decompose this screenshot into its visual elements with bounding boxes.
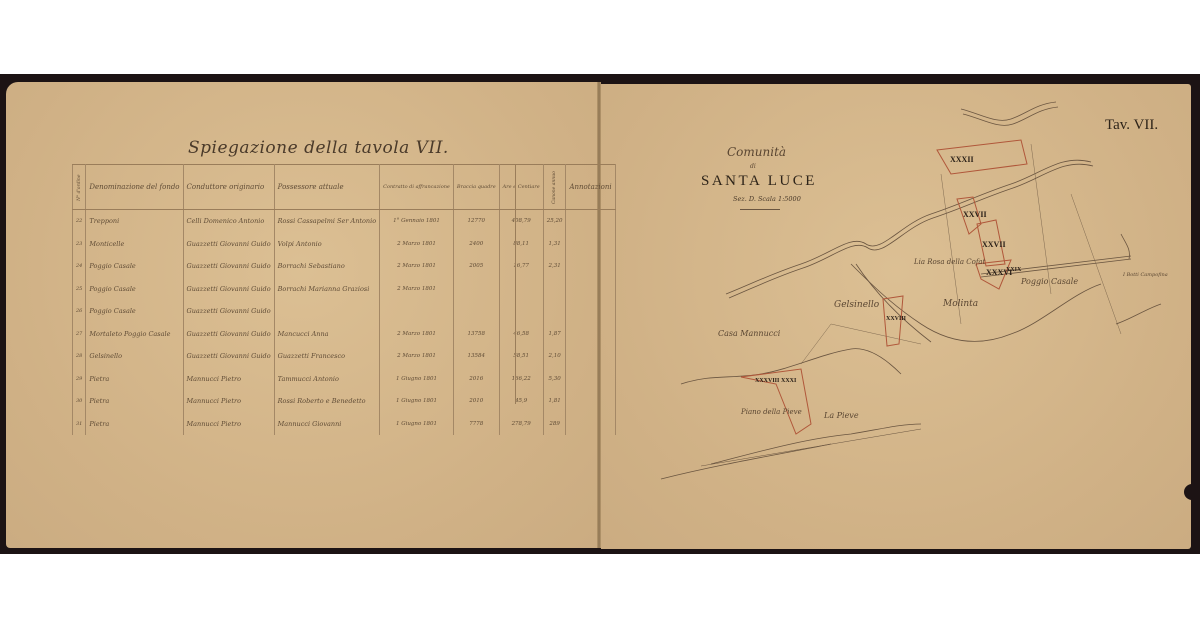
cell-quadre: 7778: [453, 413, 499, 436]
table-row: 22TrepponiCelli Domenico AntonioRossi Ca…: [73, 210, 616, 233]
cell-contratto: 2 Marzo 1801: [380, 323, 454, 346]
header-possessore: Possessore attuale: [274, 165, 379, 210]
cell-quadre: 13758: [453, 323, 499, 346]
place-molinta: Molinta: [942, 299, 978, 309]
header-superficie-quadre: Braccia quadre: [453, 165, 499, 210]
cell-fondo: Gelsinello: [86, 345, 183, 368]
cell-ettari: 166,22: [499, 368, 543, 391]
parcel-xxvii-a: XXVII: [963, 210, 987, 219]
cell-canone: 1,31: [543, 233, 566, 256]
cell-ettari: [499, 278, 543, 301]
cell-contratto: 1 Giugno 1801: [380, 368, 454, 391]
cell-conduttore: Guazzetti Giovanni Guido: [183, 255, 274, 278]
table-row: 30PietraMannucci PietroRossi Roberto e B…: [73, 390, 616, 413]
cell-canone: 2,10: [543, 345, 566, 368]
cell-ettari: 88,11: [499, 233, 543, 256]
table-row: 28GelsinelloGuazzetti Giovanni GuidoGuaz…: [73, 345, 616, 368]
cell-contratto: 1 Giugno 1801: [380, 413, 454, 436]
header-numero: N° d'ordine: [73, 165, 86, 210]
cell-conduttore: Mannucci Pietro: [183, 368, 274, 391]
cell-contratto: 2 Marzo 1801: [380, 233, 454, 256]
cell-canone: 289: [543, 413, 566, 436]
cell-quadre: [453, 300, 499, 323]
cell-n: 30: [73, 390, 86, 413]
cell-canone: 25,20: [543, 210, 566, 233]
cell-fondo: Poggio Casale: [86, 300, 183, 323]
cell-conduttore: Mannucci Pietro: [183, 413, 274, 436]
header-superficie-ettari: Are e Centiare: [499, 165, 543, 210]
cell-fondo: Pietra: [86, 368, 183, 391]
cell-quadre: [453, 278, 499, 301]
cell-quadre: 2010: [453, 390, 499, 413]
cell-conduttore: Guazzetti Giovanni Guido: [183, 233, 274, 256]
cell-canone: 5,30: [543, 368, 566, 391]
cell-n: 25: [73, 278, 86, 301]
header-canone: Canone annuo: [543, 165, 566, 210]
cell-n: 29: [73, 368, 86, 391]
cell-possessore: Rossi Cassapelmi Ser Antonio: [274, 210, 379, 233]
cell-possessore: Mannucci Giovanni: [274, 413, 379, 436]
cell-contratto: 2 Marzo 1801: [380, 278, 454, 301]
table-row: 29PietraMannucci PietroTammucci Antonio1…: [73, 368, 616, 391]
parcel-xxviii: XXVIII: [886, 316, 907, 322]
parcel-xxxviii: XXXVIII: [755, 378, 780, 384]
cell-contratto: [380, 300, 454, 323]
cell-possessore: Guazzetti Francesco: [274, 345, 379, 368]
cell-contratto: 2 Marzo 1801: [380, 345, 454, 368]
cell-conduttore: Guazzetti Giovanni Guido: [183, 323, 274, 346]
cell-conduttore: Guazzetti Giovanni Guido: [183, 345, 274, 368]
table-right-border: [515, 164, 516, 404]
header-denominazione: Denominazione del fondo: [86, 165, 183, 210]
cell-fondo: Pietra: [86, 390, 183, 413]
cell-conduttore: Mannucci Pietro: [183, 390, 274, 413]
cell-fondo: Pietra: [86, 413, 183, 436]
parcel-xxxi: XXXI: [781, 378, 797, 384]
place-la-pieve: La Pieve: [823, 411, 859, 420]
cell-possessore: Volpi Antonio: [274, 233, 379, 256]
cell-possessore: Tammucci Antonio: [274, 368, 379, 391]
cell-quadre: 2005: [453, 255, 499, 278]
table-row: 25Poggio CasaleGuazzetti Giovanni GuidoB…: [73, 278, 616, 301]
cell-ettari: 278,79: [499, 413, 543, 436]
cell-canone: [543, 278, 566, 301]
table-row: 26Poggio CasaleGuazzetti Giovanni Guido: [73, 300, 616, 323]
cell-conduttore: Celli Domenico Antonio: [183, 210, 274, 233]
register-table: N° d'ordine Denominazione del fondo Cond…: [72, 164, 616, 435]
cell-canone: 2,31: [543, 255, 566, 278]
cell-ettari: 16,77: [499, 255, 543, 278]
cell-n: 24: [73, 255, 86, 278]
parcel-xxxii: XXXII: [950, 155, 974, 164]
header-conduttore: Conduttore originario: [183, 165, 274, 210]
parcel-xxix: XXIX: [1006, 267, 1022, 273]
table-row: 27Mortaleto Poggio CasaleGuazzetti Giova…: [73, 323, 616, 346]
place-via-rosa: Lia Rosa della Cofat: [913, 258, 986, 266]
cell-canone: 1,87: [543, 323, 566, 346]
cell-contratto: 1 Giugno 1801: [380, 390, 454, 413]
cell-fondo: Monticelle: [86, 233, 183, 256]
cell-fondo: Trepponi: [86, 210, 183, 233]
cell-quadre: 2400: [453, 233, 499, 256]
cell-conduttore: Guazzetti Giovanni Guido: [183, 278, 274, 301]
cell-ettari: 45,9: [499, 390, 543, 413]
table-row: 31PietraMannucci PietroMannucci Giovanni…: [73, 413, 616, 436]
cell-ettari: [499, 300, 543, 323]
place-gelsinello: Gelsinello: [834, 300, 880, 310]
place-i-botti: I Botti Campofina: [1122, 272, 1168, 278]
cell-quadre: 12770: [453, 210, 499, 233]
place-casa-mannucci: Casa Mannucci: [718, 329, 781, 338]
cell-possessore: Rossi Roberto e Benedetto: [274, 390, 379, 413]
table-header-row: N° d'ordine Denominazione del fondo Cond…: [73, 165, 616, 210]
cell-contratto: 1° Gennaio 1801: [380, 210, 454, 233]
header-contratto: Contratto di affrancazione: [380, 165, 454, 210]
cell-ettari: 408,79: [499, 210, 543, 233]
cell-fondo: Mortaleto Poggio Casale: [86, 323, 183, 346]
cell-n: 28: [73, 345, 86, 368]
cell-contratto: 2 Marzo 1801: [380, 255, 454, 278]
cell-quadre: 13584: [453, 345, 499, 368]
parcel-xxvii-b: XXVII: [982, 240, 1006, 249]
table-title: Spiegazione della tavola VII.: [188, 138, 449, 158]
place-poggio-casale: Poggio Casale: [1020, 277, 1078, 286]
cell-canone: [543, 300, 566, 323]
cell-fondo: Poggio Casale: [86, 255, 183, 278]
cell-n: 23: [73, 233, 86, 256]
cell-fondo: Poggio Casale: [86, 278, 183, 301]
table-row: 23MonticelleGuazzetti Giovanni GuidoVolp…: [73, 233, 616, 256]
cell-n: 26: [73, 300, 86, 323]
cell-n: 31: [73, 413, 86, 436]
place-piano-pieve: Piano della Pieve: [740, 408, 802, 416]
cell-possessore: [274, 300, 379, 323]
cell-ettari: 58,51: [499, 345, 543, 368]
cell-n: 27: [73, 323, 86, 346]
cell-possessore: Mancucci Anna: [274, 323, 379, 346]
cell-possessore: Borrachi Marianna Graziosi: [274, 278, 379, 301]
table-row: 24Poggio CasaleGuazzetti Giovanni GuidoB…: [73, 255, 616, 278]
cell-ettari: 46,58: [499, 323, 543, 346]
cell-n: 22: [73, 210, 86, 233]
cell-canone: 1,81: [543, 390, 566, 413]
cell-quadre: 2016: [453, 368, 499, 391]
cadastral-map: Gelsinello Molinta Poggio Casale Casa Ma…: [601, 84, 1191, 549]
cell-possessore: Borrachi Sebastiano: [274, 255, 379, 278]
cell-conduttore: Guazzetti Giovanni Guido: [183, 300, 274, 323]
